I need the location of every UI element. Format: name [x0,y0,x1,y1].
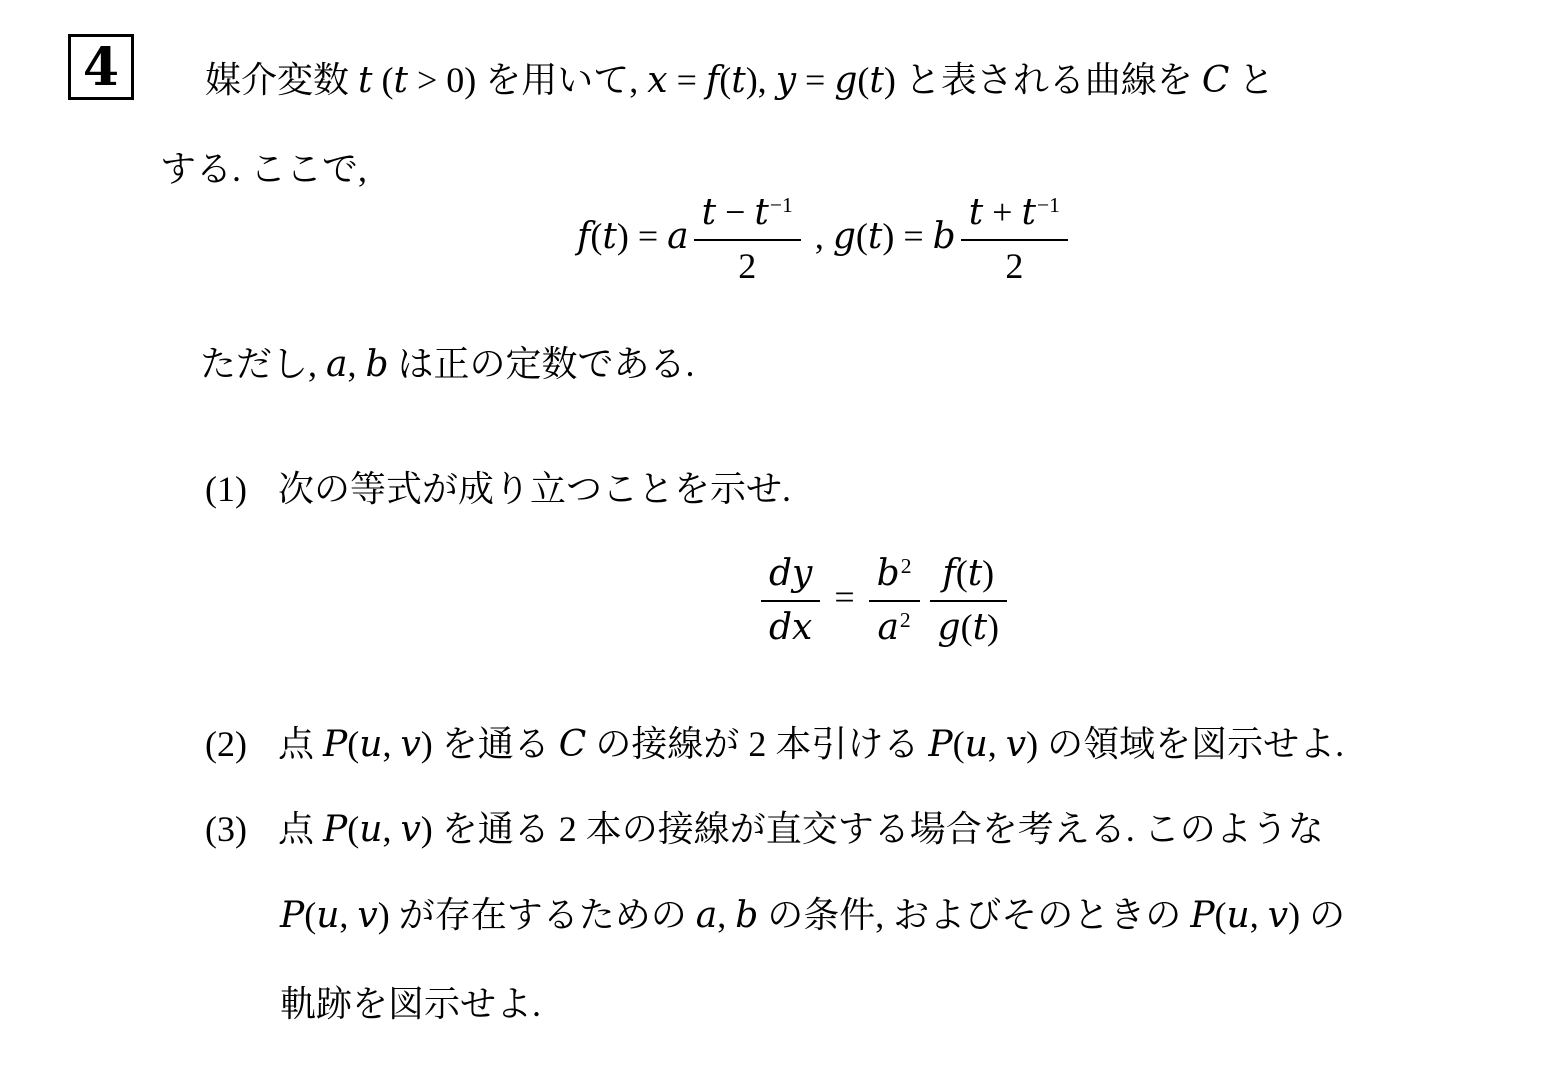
text-segment: 2 [748,724,775,764]
question-3-text-line-3: 軌跡を図示せよ. [280,982,541,1027]
text-segment: = [668,60,706,100]
math-segment: x [647,60,667,101]
text-segment: ただし [200,344,308,384]
question-2: (2) 点 P(u, v) を通る C の接線が 2 本引ける P(u, v) … [205,722,1344,767]
text-segment: ) [1288,895,1309,935]
numerator: t − t−1 [694,192,801,241]
math-segment: v [1268,895,1288,936]
text-segment: ) [884,60,905,100]
denominator: 2 [961,241,1068,288]
text-segment: , [1250,895,1268,935]
question-3-text-line-2: P(u, v) が存在するための a, b の条件, およびそのときの P(u,… [280,893,1345,938]
math-segment: t [868,216,882,257]
superscript: −1 [770,193,793,217]
math-segment: C [1202,60,1230,101]
math-segment: t [731,60,745,101]
math-segment: g [834,60,857,101]
math-segment: v [400,724,420,765]
text-segment: 点 [278,724,323,764]
text-segment: する. ここで, [160,149,367,189]
math-segment: t [968,553,982,594]
superscript: −1 [1037,193,1060,217]
text-segment: は正の定数である. [389,344,695,384]
text-segment: ( [953,724,965,764]
question-1-marker: (1) [205,467,260,512]
fraction: dydx [761,553,820,649]
text-segment: , [806,216,833,256]
text-segment: を用いて [485,60,629,100]
superscript: 2 [901,554,912,578]
problem-number: 4 [83,35,119,100]
denominator: 2 [694,241,801,288]
text-segment: 2 [559,809,586,849]
math-segment: u [359,724,382,765]
text-segment: と表される曲線を [905,60,1202,100]
numerator: t + t−1 [961,192,1068,241]
text-segment: , [382,724,400,764]
text-segment: , [988,724,1006,764]
text-segment: ( [347,724,359,764]
text-segment: の [1309,895,1345,935]
text-segment: ) [421,724,442,764]
numerator: b2 [869,553,920,602]
question-1-text: 次の等式が成り立つことを示せ. [278,467,791,512]
problem-number-box: 4 [68,34,134,100]
fraction: b2a2 [869,553,920,649]
text-segment: , [629,60,647,100]
text-segment: , [308,344,326,384]
text-segment: ) [1026,724,1047,764]
text-segment: ) [421,809,442,849]
math-segment: t [754,192,768,233]
text-segment: 次の等式が成り立つことを示せ. [278,469,791,509]
text-segment: 点 [278,809,323,849]
denominator: g(t) [930,602,1008,649]
formula-f-g-definition: f(t) = at − t−12 , g(t) = bt + t−12 [160,192,1490,288]
question-2-text: 点 P(u, v) を通る C の接線が 2 本引ける P(u, v) の領域を… [278,722,1344,767]
math-segment: b [735,895,758,936]
constants-note: ただし, a, b は正の定数である. [200,342,695,387]
text-segment: が存在するための [399,895,696,935]
text-segment: の領域を図示せよ. [1047,724,1344,764]
text-segment: + [983,192,1021,232]
fraction: f(t)g(t) [930,553,1008,649]
text-segment: ) [982,553,994,593]
question-3-marker: (3) [205,807,260,852]
text-segment: ( [719,60,731,100]
math-segment: P [928,724,952,765]
text-segment: ) = [617,216,667,256]
math-segment: b [933,216,956,257]
numerator: dy [761,553,820,602]
math-segment: b [365,344,388,385]
numerator: f(t) [930,553,1008,602]
text-segment: の接線が [586,724,748,764]
text-segment: ( [1215,895,1227,935]
denominator: a2 [869,602,920,649]
text-segment: , [339,895,357,935]
intro-line-2: する. ここで, [160,147,367,192]
math-segment: v [357,895,377,936]
text-segment: 軌跡を図示せよ. [280,984,541,1024]
math-segment: g [938,607,961,648]
math-problem-page: 4 媒介変数 t (t > 0) を用いて, x = f(t), y = g(t… [0,0,1561,1073]
math-segment: t [393,60,407,101]
text-segment: , [382,809,400,849]
math-segment: u [359,809,382,850]
text-segment: ), [746,60,776,100]
text-segment: を通る [442,809,559,849]
math-segment: C [559,724,587,765]
math-segment: dy [769,553,812,594]
text-segment: ( [590,216,602,256]
text-segment: ( [961,607,973,647]
question-1: (1) 次の等式が成り立つことを示せ. [205,467,791,512]
text-segment: = [825,577,863,617]
fraction: t + t−12 [961,192,1068,288]
math-segment: P [1190,895,1214,936]
math-segment: f [942,553,955,594]
math-segment: u [316,895,339,936]
math-segment: dx [769,607,812,648]
text-segment: ) [378,895,399,935]
text-segment: ( [857,60,869,100]
text-segment: 2 [738,246,756,286]
fraction: t − t−12 [694,192,801,288]
question-2-marker: (2) [205,722,260,767]
math-segment: t [869,60,883,101]
math-segment: t [702,192,716,233]
math-segment: a [326,344,347,385]
math-segment: a [877,607,898,648]
text-segment: , [717,895,735,935]
math-segment: u [965,724,988,765]
question-3-text-line-1: 点 P(u, v) を通る 2 本の接線が直交する場合を考える. このような [278,807,1324,852]
math-segment: u [1227,895,1250,936]
text-segment: ( [856,216,868,256]
question-3: (3) 点 P(u, v) を通る 2 本の接線が直交する場合を考える. このよ… [205,807,1324,852]
text-segment: ( [347,809,359,849]
math-segment: a [696,895,717,936]
math-segment: t [1021,192,1035,233]
superscript: 2 [900,608,911,632]
math-segment: b [877,553,900,594]
formula-dydx: dydx = b2a2f(t)g(t) [278,553,1490,649]
math-segment: P [280,895,304,936]
text-segment: = [796,60,834,100]
math-segment: v [1006,724,1026,765]
text-segment: ( [304,895,316,935]
text-segment: ( [956,553,968,593]
math-segment: y [776,60,796,101]
text-segment: − [716,192,754,232]
math-segment: a [667,216,688,257]
math-segment: f [706,60,719,101]
text-segment: 2 [1005,246,1023,286]
math-segment: f [577,216,590,257]
math-segment: v [400,809,420,850]
text-segment: ( [372,60,393,100]
math-segment: t [973,607,987,648]
text-segment: > 0) [408,60,485,100]
intro-line-1: 媒介変数 t (t > 0) を用いて, x = f(t), y = g(t) … [205,58,1274,103]
math-segment: t [969,192,983,233]
text-segment: の条件, およびそのときの [758,895,1190,935]
math-segment: t [358,60,372,101]
math-segment: P [323,724,347,765]
text-segment: ) [987,607,999,647]
math-segment: g [833,216,856,257]
text-segment: 本引ける [775,724,928,764]
text-segment: 本の接線が直交する場合を考える. このような [586,809,1324,849]
denominator: dx [761,602,820,649]
text-segment: , [347,344,365,384]
text-segment: と [1229,60,1274,100]
text-segment: ) = [882,216,932,256]
text-segment: を通る [442,724,559,764]
text-segment: 媒介変数 [205,60,358,100]
math-segment: P [323,809,347,850]
math-segment: t [602,216,616,257]
